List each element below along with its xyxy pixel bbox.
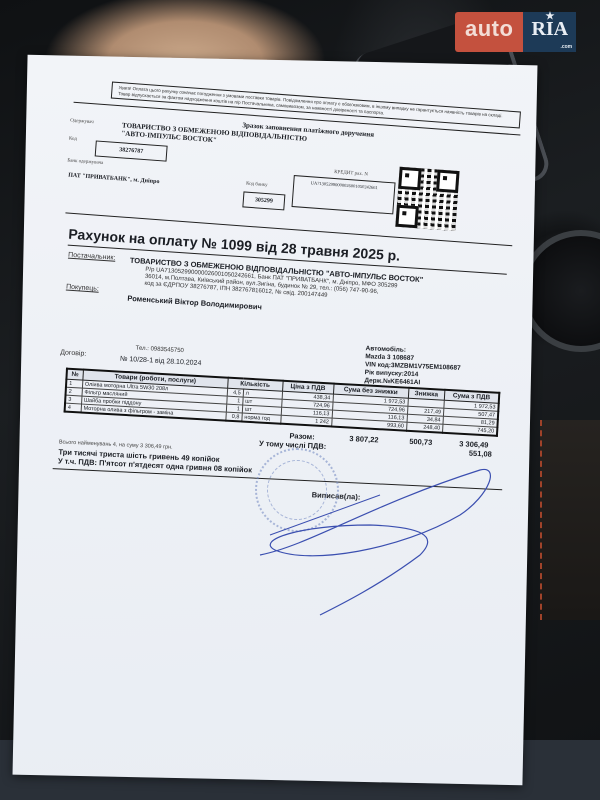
leather-seat-panel — [540, 420, 600, 620]
autoria-watermark: auto ★ RIA .com — [455, 12, 576, 52]
payee-label: Одержувач — [70, 119, 94, 126]
qr-code-icon — [395, 167, 459, 231]
iban-box: UA713052990000026001050242661 — [291, 175, 395, 214]
total-sum-no-discount: 3 807,22 — [349, 434, 379, 444]
cell-price: 1 242 — [280, 415, 331, 426]
bank-name: ПАТ "ПРИВАТБАНК", м. Дніпро — [68, 173, 160, 186]
logo-auto-part: auto — [455, 12, 523, 52]
signature-scribble — [250, 455, 510, 655]
total-discount: 500,73 — [409, 437, 432, 447]
cell-discount: 248,40 — [406, 422, 443, 433]
edrpou-code-box: 38276787 — [95, 140, 168, 161]
cell-number: 4 — [65, 403, 82, 412]
invoice-document: Увага! Оплата цього рахунку означає пого… — [64, 81, 522, 490]
car-details: Автомобіль: Mazda 3 108687 VIN код:3MZBM… — [364, 345, 461, 389]
contract-number: № 10/28-1 від 28.10.2024 — [120, 356, 202, 368]
star-icon: ★ — [545, 11, 554, 22]
bank-label: Банк одержувача — [67, 158, 103, 166]
contract-label: Договір: — [60, 349, 86, 357]
cell-quantity: 0,8 — [226, 412, 243, 421]
buyer-name: Роменський Віктор Володимирович — [127, 294, 262, 312]
logo-ria-part: ★ RIA .com — [523, 12, 576, 52]
invoice-sheet: Увага! Оплата цього рахунку означає пого… — [13, 55, 538, 786]
buyer-phone: Тел.: 0983545750 — [135, 345, 184, 354]
bank-code-box: 305299 — [242, 191, 285, 210]
credit-label: КРЕДИТ рах. N — [334, 170, 368, 177]
code-label: Код — [69, 136, 77, 142]
logo-com-suffix: .com — [560, 44, 572, 50]
bank-code-label: Код банку — [246, 182, 268, 189]
qr-finder-icon — [398, 167, 422, 191]
qr-finder-icon — [395, 205, 419, 229]
qr-finder-icon — [436, 170, 460, 194]
cell-unit: норма год — [242, 413, 281, 424]
buyer-label: Покупець: — [66, 284, 99, 293]
supplier-label: Постачальник: — [68, 252, 116, 262]
cell-sum: 745,20 — [442, 424, 497, 436]
